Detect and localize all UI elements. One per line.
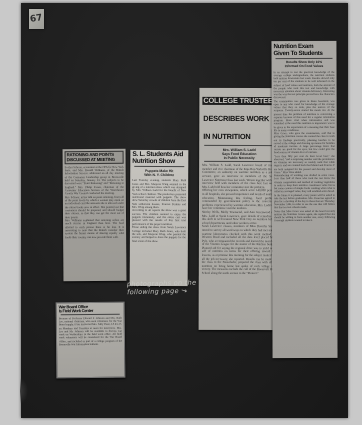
exam-headline-line2: Given To Students <box>273 51 334 57</box>
clipping-rationing-meeting: RATIONING AND POINTS DISCUSSED AT MEETIN… <box>63 149 127 281</box>
clipping-nutrition-exam: Nutrition Exam Given To Students Results… <box>271 41 337 358</box>
trustee-headline-line1: COLLEGE TRUSTEE <box>202 97 273 105</box>
exam-body-text: In an attempt to test the practical know… <box>274 70 336 222</box>
rationing-body-text: Evelyn Schorer, economist at the OPA for… <box>65 165 125 239</box>
warboard-body-text: Because of Professor Edward F. Johnson a… <box>59 317 122 347</box>
page-number: 67 <box>29 13 43 25</box>
scanned-scrapbook-page: 67 RATIONING AND POINTS DISCUSSED AT MEE… <box>0 0 362 425</box>
rationing-headline: RATIONING AND POINTS DISCUSSED AT MEETIN… <box>65 151 124 164</box>
handwritten-note-line2: following page <box>127 287 179 296</box>
trustee-headline-line3: IN NUTRITION <box>202 133 251 141</box>
warboard-headline-line2: Is Field Work Center <box>59 309 122 314</box>
students-body-text: Last Tuesday evening, students Mary Ruth… <box>132 179 186 243</box>
page-number-tab: 67 <box>29 9 44 29</box>
column-rule <box>204 145 274 146</box>
trustee-headline-line2: DESCRIBES WORK <box>202 115 270 123</box>
handwritten-note: photographs on the following page → <box>127 278 227 297</box>
page-edge-tear <box>20 378 28 404</box>
clipping-war-board-office: War Board Office Is Field Work Center Be… <box>56 302 126 379</box>
exam-subhead: Results Show Only 10% Informed On Food V… <box>274 61 335 69</box>
students-headline-line2: Nutrition Show <box>132 158 186 165</box>
column-rule <box>61 314 120 316</box>
column-rule <box>134 166 184 167</box>
handwritten-arrow-icon: → <box>180 286 188 296</box>
clipping-students-aid-show: S. L. Students Aid Nutrition Show Puppet… <box>130 150 189 286</box>
trustee-subhead: Mrs. William S. Ladd Says Food Education… <box>202 148 276 160</box>
trustee-body-text: Mrs. William S. Ladd, Sarah Lawrence boa… <box>202 164 276 276</box>
students-subhead: Puppets Make Hit With N. Y. Children <box>132 169 186 177</box>
